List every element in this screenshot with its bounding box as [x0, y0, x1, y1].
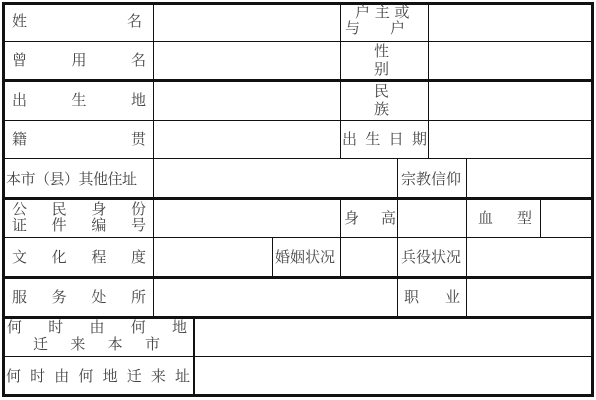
label-char: 曾: [12, 52, 27, 69]
label-char: 业: [445, 289, 460, 306]
label-line: 性: [374, 42, 389, 60]
label-religion: 宗教信仰: [401, 171, 461, 188]
col-divider: [466, 158, 467, 198]
label-char: 本: [108, 336, 123, 353]
col-divider: [540, 198, 541, 237]
label-char: 由: [54, 368, 69, 385]
label-char: 化: [52, 249, 67, 266]
label-birthplace: 出 生 地: [12, 92, 146, 109]
gender-field[interactable]: [430, 43, 592, 79]
blood-type-field[interactable]: [542, 200, 592, 236]
row-divider: [4, 356, 592, 357]
row-divider: [4, 158, 592, 159]
label-id-number: 公 民 身 份 证 件 编 号: [12, 201, 146, 233]
label-gender: 性 别: [374, 42, 389, 78]
col-divider: [340, 4, 341, 158]
workplace-field[interactable]: [155, 279, 396, 315]
label-line: 与 户: [345, 20, 425, 36]
label-char: 编: [91, 217, 106, 233]
label-char: 生: [365, 131, 380, 148]
col-divider: [272, 237, 273, 277]
col-divider: [340, 237, 341, 277]
col-divider: [193, 316, 195, 395]
row-divider: [4, 41, 592, 42]
row-divider: [4, 120, 592, 121]
label-education: 文 化 程 度: [12, 249, 146, 266]
relation-to-householder-field[interactable]: [430, 5, 592, 40]
label-char: 名: [127, 13, 142, 30]
label-char: 日: [389, 131, 404, 148]
former-name-field[interactable]: [155, 43, 339, 79]
label-char: 务: [52, 289, 67, 306]
label-char: 地: [172, 319, 187, 336]
col-divider: [153, 4, 154, 316]
label-line: 户 主 或: [345, 4, 425, 20]
label-char: 时: [30, 368, 45, 385]
label-native-place: 籍 贯: [12, 131, 146, 148]
label-char: 期: [412, 131, 427, 148]
label-char: 职: [404, 289, 419, 306]
label-char: 何: [131, 319, 146, 336]
label-char: 何: [78, 368, 93, 385]
label-char: 址: [175, 368, 190, 385]
when-moved-to-city-field[interactable]: [196, 318, 592, 355]
label-char: 迁: [33, 336, 48, 353]
label-char: 来: [70, 336, 85, 353]
religion-field[interactable]: [468, 160, 592, 197]
ethnicity-field[interactable]: [430, 82, 592, 119]
label-name: 姓 名: [12, 13, 142, 30]
label-char: 用: [71, 52, 86, 69]
marital-status-field[interactable]: [342, 239, 396, 276]
label-military-status: 兵役状况: [401, 249, 461, 266]
education-field[interactable]: [155, 239, 271, 276]
label-char: 号: [131, 217, 146, 233]
label-char: 时: [48, 319, 63, 336]
birthplace-field[interactable]: [155, 82, 339, 119]
label-char: 何: [7, 319, 22, 336]
label-char: 型: [517, 210, 532, 227]
label-char: 迁: [127, 368, 142, 385]
birth-date-field[interactable]: [430, 122, 592, 157]
col-divider: [466, 198, 467, 316]
label-char: 文: [12, 249, 27, 266]
label-char: 身: [91, 201, 106, 217]
label-char: 份: [131, 201, 146, 217]
label-ethnicity: 民 族: [374, 82, 389, 118]
label-char: 公: [12, 201, 27, 217]
label-birth-date: 出 生 日 期: [342, 131, 427, 148]
label-char: 民: [52, 201, 67, 217]
label-char: 地: [103, 368, 118, 385]
label-char: 处: [91, 289, 106, 306]
label-workplace: 服 务 处 所: [12, 289, 146, 306]
occupation-field[interactable]: [468, 279, 592, 315]
label-height: 身 高: [344, 210, 396, 227]
label-char: 籍: [12, 131, 27, 148]
label-char: 由: [89, 319, 104, 336]
label-char: 身: [344, 210, 359, 227]
row-divider: [4, 237, 592, 238]
label-former-name: 曾 用 名: [12, 52, 146, 69]
label-line: 族: [374, 100, 389, 118]
label-char: 程: [91, 249, 106, 266]
label-char: 市: [145, 336, 160, 353]
id-number-field[interactable]: [155, 200, 339, 236]
label-char: 贯: [131, 131, 146, 148]
label-marital-status: 婚姻状况: [275, 249, 335, 266]
label-char: 生: [71, 92, 86, 109]
label-char: 何: [6, 368, 21, 385]
previous-address-field[interactable]: [196, 358, 592, 394]
label-other-address: 本市（县）其他住址: [6, 171, 137, 188]
col-divider: [397, 158, 398, 198]
label-char: 来: [151, 368, 166, 385]
label-char: 名: [131, 52, 146, 69]
name-field[interactable]: [155, 5, 339, 40]
height-field[interactable]: [399, 200, 465, 236]
label-char: 所: [131, 289, 146, 306]
col-divider: [340, 198, 341, 237]
label-occupation: 职 业: [404, 289, 460, 306]
label-relation-to-householder: 户 主 或 与 户: [345, 4, 425, 36]
label-previous-address: 何 时 由 何 地 迁 来 址: [6, 368, 190, 385]
label-char: 血: [478, 210, 493, 227]
military-status-field[interactable]: [468, 239, 592, 276]
label-blood-type: 血 型: [478, 210, 532, 227]
label-when-moved-to-city: 何 时 由 何 地 迁 来 本 市: [7, 319, 187, 353]
label-char: 服: [12, 289, 27, 306]
other-address-field[interactable]: [155, 160, 396, 197]
col-divider: [397, 198, 398, 316]
col-divider: [428, 4, 429, 158]
label-char: 度: [131, 249, 146, 266]
label-char: 证: [12, 217, 27, 233]
native-place-field[interactable]: [155, 122, 339, 157]
label-char: 件: [52, 217, 67, 233]
label-char: 出: [342, 131, 357, 148]
label-char: 出: [12, 92, 27, 109]
label-line: 别: [374, 60, 389, 78]
label-char: 姓: [12, 13, 27, 30]
label-line: 民: [374, 82, 389, 100]
label-char: 地: [131, 92, 146, 109]
label-char: 高: [381, 210, 396, 227]
